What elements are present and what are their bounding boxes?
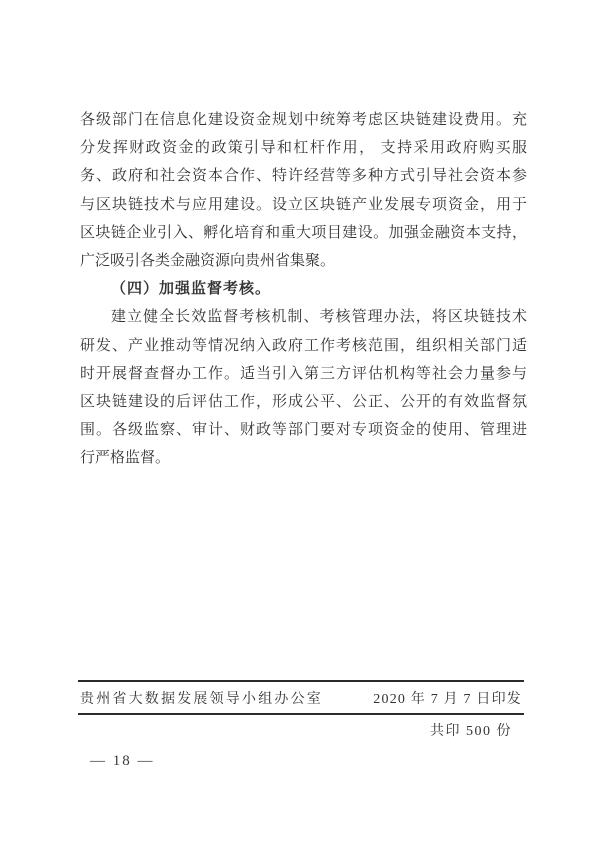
footer-issuer: 贵州省大数据发展领导小组办公室 xyxy=(80,688,323,708)
body-line: 分发挥财政资金的政策引导和杠杆作用， 支持采用政府购买服 xyxy=(80,134,527,162)
footer-copies-row: 共印 500 份 xyxy=(78,715,524,745)
body-line: 建立健全长效监督考核机制、考核管理办法，将区块链技术 xyxy=(80,303,527,331)
document-page: 各级部门在信息化建设资金规划中统筹考虑区块链建设费用。充 分发挥财政资金的政策引… xyxy=(0,0,600,848)
body-line: 研发、产业推动等情况纳入政府工作考核范围，组织相关部门适 xyxy=(80,332,527,360)
body-line: 区块链建设的后评估工作，形成公平、公正、公开的有效监督氛 xyxy=(80,388,527,416)
body-line: 区块链企业引入、孵化培育和重大项目建设。加强金融资本支持， xyxy=(80,219,527,247)
page-number: — 18 — xyxy=(90,753,155,770)
body-line: 广泛吸引各类金融资源向贵州省集聚。 xyxy=(80,247,527,275)
footer-imprint-row: 贵州省大数据发展领导小组办公室 2020 年 7 月 7 日印发 xyxy=(78,682,524,713)
body-line: 围。各级监察、审计、财政等部门要对专项资金的使用、管理进 xyxy=(80,416,527,444)
body-line: 务、政府和社会资本合作、特许经营等多种方式引导社会资本参 xyxy=(80,162,527,190)
document-footer: 贵州省大数据发展领导小组办公室 2020 年 7 月 7 日印发 共印 500 … xyxy=(78,680,524,745)
footer-print-date: 2020 年 7 月 7 日印发 xyxy=(373,688,522,708)
body-line: 行严格监督。 xyxy=(80,444,527,472)
body-line: 时开展督查督办工作。适当引入第三方评估机构等社会力量参与 xyxy=(80,360,527,388)
body-line: 与区块链技术与应用建设。设立区块链产业发展专项资金，用于 xyxy=(80,191,527,219)
document-body: 各级部门在信息化建设资金规划中统筹考虑区块链建设费用。充 分发挥财政资金的政策引… xyxy=(80,106,527,472)
section-heading: （四）加强监督考核。 xyxy=(80,275,527,303)
footer-copies: 共印 500 份 xyxy=(430,720,512,740)
body-line: 各级部门在信息化建设资金规划中统筹考虑区块链建设费用。充 xyxy=(80,106,527,134)
